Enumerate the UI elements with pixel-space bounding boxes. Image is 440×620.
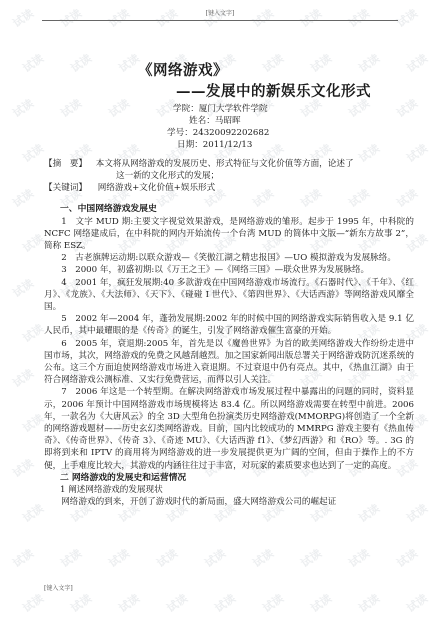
paragraph: 7 2006 年这是一个转型期。在解决网络游戏市场发展过程中暴露出的问题的同时，… bbox=[44, 386, 414, 471]
abstract-line-2: 这一新的文化形式的发展； bbox=[44, 170, 414, 182]
abstract-text: 本文将从网络游戏的发展历史、形式特征与文化价值等方面，论述了 bbox=[96, 159, 354, 169]
document-title: 《网络游戏》 bbox=[138, 59, 228, 80]
abstract-line-1: 【摘 要】 本文将从网络游戏的发展历史、形式特征与文化价值等方面，论述了 bbox=[44, 158, 414, 170]
keywords-text: 网络游戏+文化价值+娱乐形式 bbox=[98, 183, 216, 193]
meta-student-id: 学号：24320092202682 bbox=[167, 127, 269, 139]
paragraph: 5 2002 年—2004 年，蓬勃发展期:2002 年的时候中国的网络游戏实际… bbox=[44, 313, 414, 337]
keywords-label: 【关键词】 bbox=[44, 183, 87, 193]
paragraph: 4 2001 年，疯狂发展期:40 多款游戏在中国网络游戏市场流行。《石器时代》… bbox=[44, 277, 414, 314]
paragraph: 1 文字 MUD 期:主要文字视觉效果游戏，是网络游戏的雏形。起步于 1995 … bbox=[44, 216, 414, 253]
section-heading-2: 二 网络游戏的发展史和运营情况 bbox=[44, 472, 414, 485]
abstract-block: 【摘 要】 本文将从网络游戏的发展历史、形式特征与文化价值等方面，论述了 这一新… bbox=[44, 158, 414, 194]
page-header: [键入文字] bbox=[0, 8, 440, 17]
meta-college: 学院：厦门大学软件学院 bbox=[173, 103, 268, 115]
paragraph: 网络游戏的到来，开创了游戏时代的新局面，盛大网络游戏公司的崛起证 bbox=[44, 496, 414, 508]
subsection-heading: 1 阐述网络游戏的发展现状 bbox=[44, 484, 414, 496]
document-page: [键入文字] 《网络游戏》 ——发展中的新娱乐文化形式 学院：厦门大学软件学院 … bbox=[0, 0, 440, 620]
abstract-label: 【摘 要】 bbox=[44, 159, 87, 169]
meta-date: 日期：2011/12/13 bbox=[177, 139, 252, 151]
document-body: 一、中国网络游戏发展史 1 文字 MUD 期:主要文字视觉效果游戏，是网络游戏的… bbox=[44, 203, 414, 509]
header-divider bbox=[42, 20, 398, 21]
keywords-line: 【关键词】 网络游戏+文化价值+娱乐形式 bbox=[44, 182, 414, 194]
paragraph: 2 古老旗牌运动期:以联众游戏—《笑傲江湖之精忠报国》—UO 模拟游戏为发展脉络… bbox=[44, 252, 414, 264]
paragraph: 3 2000 年，初盛初期:以《万王之王》—《网络三国》—联众世界为发展脉络。 bbox=[44, 264, 414, 276]
section-heading-1: 一、中国网络游戏发展史 bbox=[44, 203, 414, 216]
meta-name: 姓名：马昭晖 bbox=[189, 115, 241, 127]
paragraph: 6 2005 年，衰退期:2005 年，首先是以《魔兽世界》为首的欧美网络游戏大… bbox=[44, 338, 414, 387]
page-footer: [键入文字] bbox=[44, 583, 73, 592]
document-subtitle: ——发展中的新娱乐文化形式 bbox=[176, 80, 371, 101]
